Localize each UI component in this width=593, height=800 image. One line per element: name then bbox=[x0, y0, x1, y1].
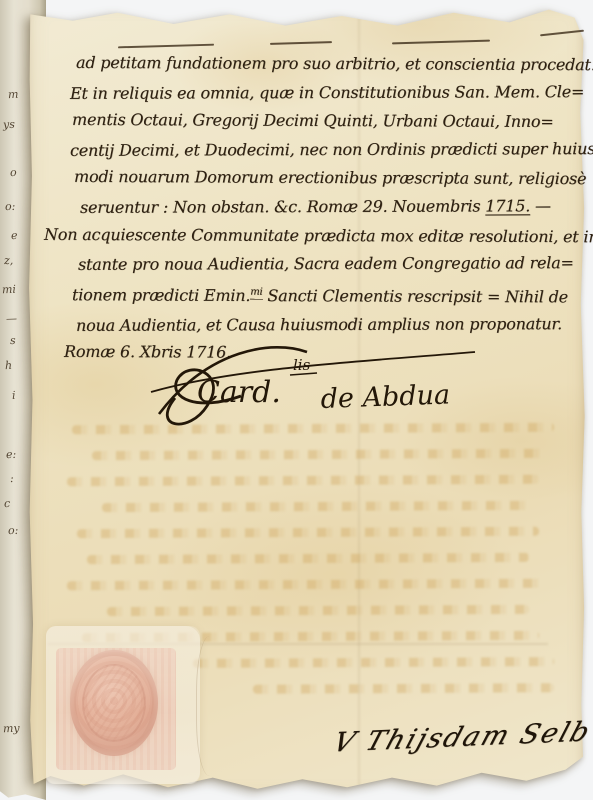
signature-superscript: lis bbox=[293, 356, 311, 374]
manuscript-text: ad petitam fundationem pro suo arbitrio,… bbox=[70, 50, 578, 368]
signature-flourish-svg: Card. lis de Abdua bbox=[145, 336, 481, 432]
text-line-5: modi nouarum Domorum erectionibus præscr… bbox=[74, 163, 578, 194]
show-through-line bbox=[67, 579, 544, 590]
tissue-sheen-overlay bbox=[46, 626, 200, 784]
show-through-line bbox=[92, 449, 544, 460]
text-line-6-pre: seruentur : Non obstan. &c. Romæ 29. Nou… bbox=[80, 196, 485, 216]
manuscript-scan: m ys o o: e z, mi — s h i e: : c o: my bbox=[0, 0, 593, 800]
text-line-9: tionem prædicti Emin.mi Sancti Clementis… bbox=[72, 278, 578, 312]
text-line-9-pre: tionem prædicti Emin. bbox=[72, 285, 250, 305]
text-line-1: ad petitam fundationem pro suo arbitrio,… bbox=[76, 49, 578, 80]
show-through-line bbox=[107, 605, 529, 616]
text-line-6-dash: — bbox=[530, 196, 551, 215]
cardinal-signature: Card. lis de Abdua bbox=[145, 336, 481, 432]
show-through-line bbox=[102, 501, 534, 512]
text-line-3: mentis Octaui, Gregorij Decimi Quinti, U… bbox=[72, 106, 578, 137]
show-through-line bbox=[253, 683, 554, 694]
underlined-date-1715: 1715. bbox=[485, 196, 530, 215]
signature-card-text: Card. bbox=[197, 375, 281, 410]
show-through-line bbox=[87, 553, 529, 564]
text-line-7: Non acquiescente Communitate prædicta mo… bbox=[44, 220, 578, 251]
show-through-line bbox=[192, 657, 553, 668]
superscript-mi: mi bbox=[250, 286, 262, 299]
signature-surname-text: de Abdua bbox=[320, 379, 450, 414]
text-line-8: stante pro noua Audientia, Sacra eadem C… bbox=[78, 249, 578, 279]
show-through-line bbox=[67, 475, 539, 486]
show-through-line bbox=[77, 527, 539, 538]
text-line-9-post: Sancti Clementis rescripsit = Nihil de bbox=[263, 286, 568, 306]
tissue-fold-line bbox=[196, 636, 223, 776]
text-line-2: Et in reliquis ea omnia, quæ in Constitu… bbox=[70, 78, 578, 108]
text-line-4: centij Decimi, et Duodecimi, nec non Ord… bbox=[70, 135, 578, 165]
text-line-6: seruentur : Non obstan. &c. Romæ 29. Nou… bbox=[80, 192, 578, 222]
